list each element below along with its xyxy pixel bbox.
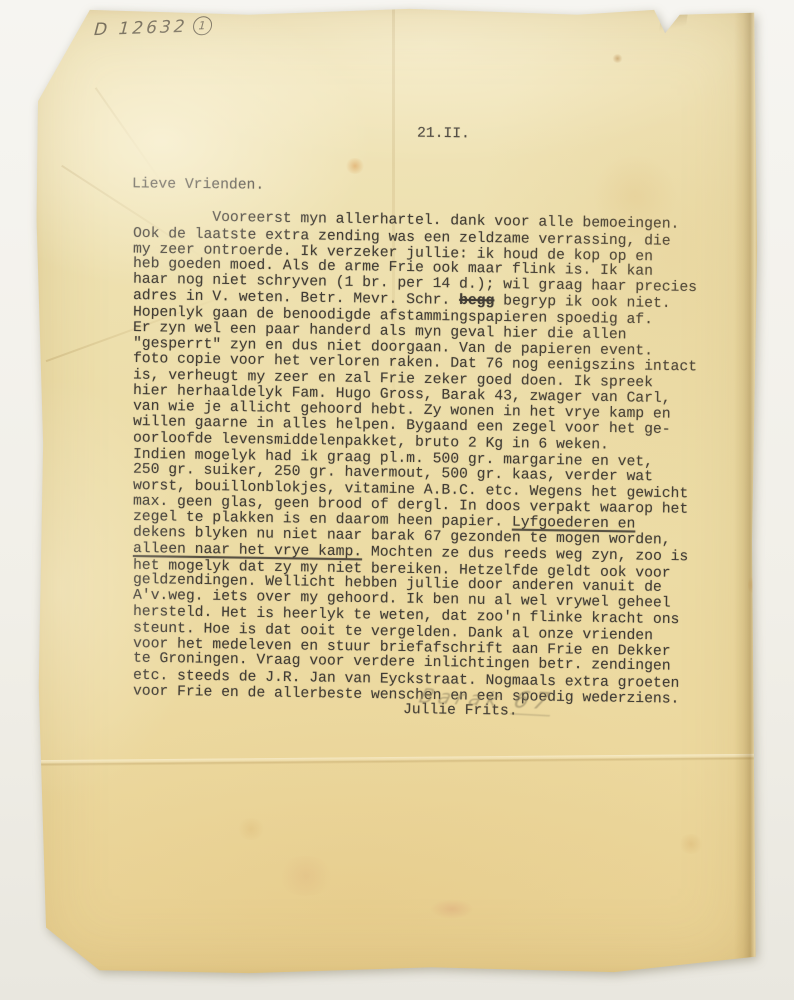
foxing-stain — [236, 818, 266, 840]
letter-text-strike: begg — [459, 293, 494, 310]
circled-page-number: 1 — [192, 16, 212, 36]
letter-text-underline: alleen naar het vrye kamp. — [133, 541, 362, 560]
pencil-note-word: Barak — [416, 684, 506, 712]
foxing-stain — [748, 574, 762, 596]
horizontal-fold-crease — [30, 754, 760, 766]
archive-number-annotation: D 126321 — [93, 16, 212, 41]
letter-salutation: Lieve Vrienden. — [132, 176, 264, 193]
letter-date: 21.II. — [417, 126, 470, 143]
right-edge-fold — [734, 6, 760, 978]
scan-background: D 126321 21.II. Lieve Vrienden. Vooreers… — [0, 0, 794, 1000]
top-edge-tear — [658, 8, 688, 41]
foxing-stain — [276, 856, 336, 896]
foxing-stain — [612, 54, 623, 63]
archive-code: D 12632 — [93, 17, 188, 40]
foxing-stain — [678, 834, 704, 854]
foxing-stain — [430, 899, 474, 919]
letter-body: Vooreerst myn allerhartel. dank voor all… — [133, 210, 723, 719]
wrinkle-crease — [95, 87, 165, 186]
pencil-note-number: 67 — [510, 688, 557, 717]
letter-paper: D 126321 21.II. Lieve Vrienden. Vooreers… — [30, 6, 760, 978]
foxing-stain — [345, 158, 365, 174]
letter-text: begryp ik ook niet. — [494, 293, 670, 312]
